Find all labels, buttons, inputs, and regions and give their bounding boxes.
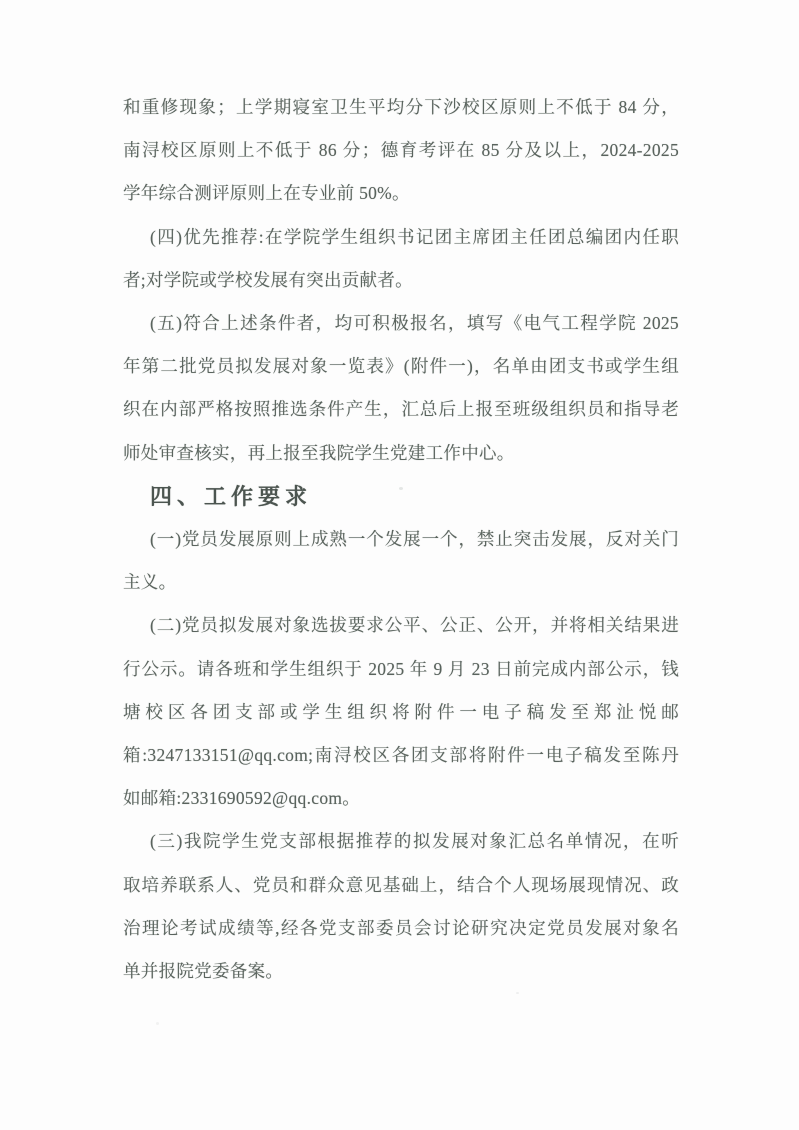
paragraph: (三)我院学生党支部根据推荐的拟发展对象汇总名单情况，在听取培养联系人、党员和群…: [123, 820, 679, 993]
text-line: 四、工作要求: [123, 475, 679, 518]
text-line: 治理论考试成绩等,经各党支部委员会讨论研究决定党员发展对象名: [123, 907, 679, 950]
text-block: 和重修现象；上学期寝室卫生平均分下沙校区原则上不低于 84 分，南浔校区原则上不…: [123, 86, 679, 993]
paragraph: (二)党员拟发展对象选拔要求公平、公正、公开，并将相关结果进行公示。请各班和学生…: [123, 604, 679, 820]
text-line: (五)符合上述条件者，均可积极报名，填写《电气工程学院 2025: [123, 302, 679, 345]
paragraph: (五)符合上述条件者，均可积极报名，填写《电气工程学院 2025年第二批党员拟发…: [123, 302, 679, 475]
text-line: 学年综合测评原则上在专业前 50%。: [123, 172, 679, 215]
text-line: 年第二批党员拟发展对象一览表》(附件一)，名单由团支书或学生组: [123, 345, 679, 388]
text-line: 行公示。请各班和学生组织于 2025 年 9 月 23 日前完成内部公示，钱: [123, 648, 679, 691]
text-line: 箱:3247133151@qq.com;南浔校区各团支部将附件一电子稿发至陈丹: [123, 734, 679, 777]
text-line: (四)优先推荐:在学院学生组织书记团主席团主任团总编团内任职: [123, 216, 679, 259]
text-line: (三)我院学生党支部根据推荐的拟发展对象汇总名单情况，在听: [123, 820, 679, 863]
paragraph: (四)优先推荐:在学院学生组织书记团主席团主任团总编团内任职者;对学院或学校发展…: [123, 216, 679, 302]
text-line: 和重修现象；上学期寝室卫生平均分下沙校区原则上不低于 84 分，: [123, 86, 679, 129]
text-line: 师处审查核实，再上报至我院学生党建工作中心。: [123, 432, 679, 475]
text-line: 织在内部严格按照推选条件产生，汇总后上报至班级组织员和指导老: [123, 388, 679, 431]
paragraph: (一)党员发展原则上成熟一个发展一个，禁止突击发展，反对关门主义。: [123, 518, 679, 604]
paragraph: 和重修现象；上学期寝室卫生平均分下沙校区原则上不低于 84 分，南浔校区原则上不…: [123, 86, 679, 216]
text-line: (二)党员拟发展对象选拔要求公平、公正、公开，并将相关结果进: [123, 604, 679, 647]
text-line: (一)党员发展原则上成熟一个发展一个，禁止突击发展，反对关门: [123, 518, 679, 561]
text-line: 取培养联系人、党员和群众意见基础上，结合个人现场展现情况、政: [123, 864, 679, 907]
document-page: 和重修现象；上学期寝室卫生平均分下沙校区原则上不低于 84 分，南浔校区原则上不…: [0, 0, 799, 1130]
text-line: 单并报院党委备案。: [123, 950, 679, 993]
text-line: 者;对学院或学校发展有突出贡献者。: [123, 259, 679, 302]
scan-artifact: [156, 1022, 159, 1025]
text-line: 南浔校区原则上不低于 86 分；德育考评在 85 分及以上，2024-2025: [123, 129, 679, 172]
section-heading: 四、工作要求: [123, 475, 679, 518]
text-line: 塘校区各团支部或学生组织将附件一电子稿发至郑沚悦邮: [123, 691, 679, 734]
text-line: 如邮箱:2331690592@qq.com。: [123, 777, 679, 820]
text-line: 主义。: [123, 561, 679, 604]
